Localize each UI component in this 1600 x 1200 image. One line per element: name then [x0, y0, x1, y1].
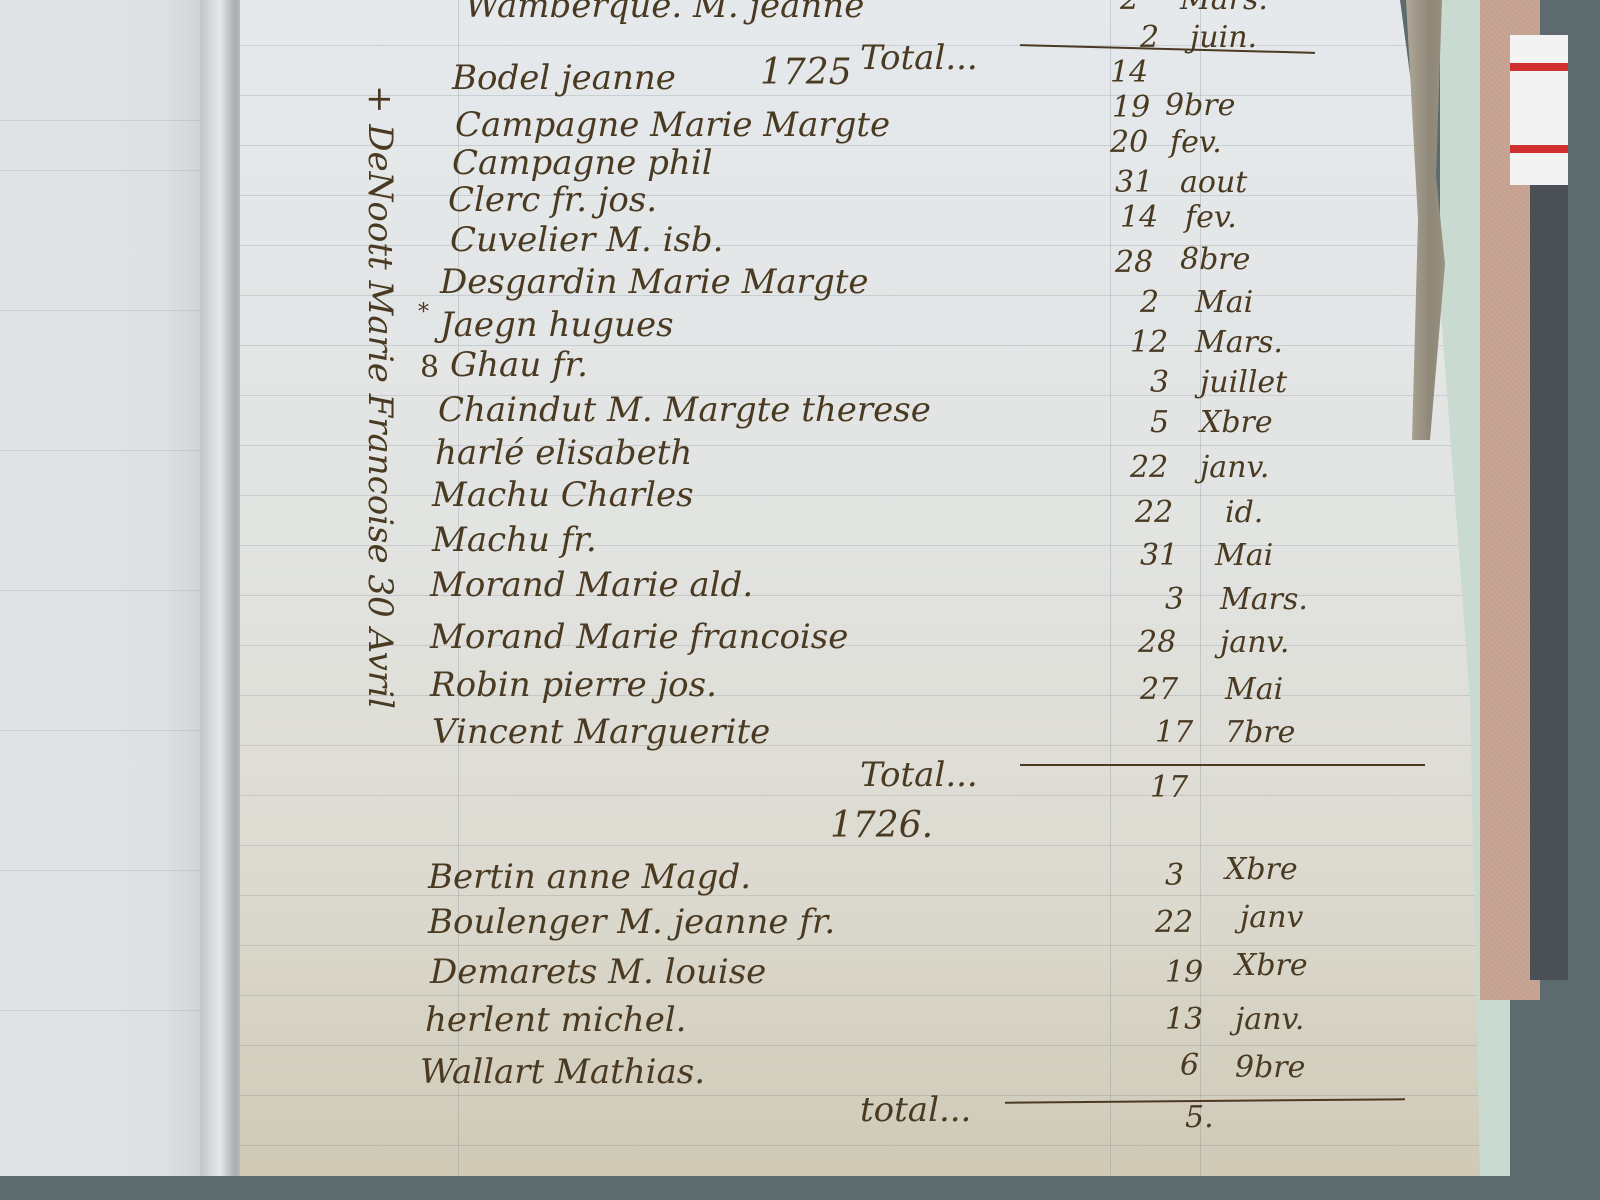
entry-month: Mai [1215, 538, 1273, 573]
total-label: Total... [860, 38, 978, 78]
ruled-line [0, 590, 232, 591]
ruled-line [0, 310, 232, 311]
entry-day: 20 [1110, 125, 1148, 160]
ruled-line [240, 345, 1480, 346]
entry-month: 9bre [1235, 1050, 1305, 1085]
entry-month: juillet [1200, 365, 1287, 400]
entry-name: Clerc fr. jos. [448, 180, 657, 220]
entry-name: Campagne Marie Margte [455, 105, 890, 145]
entry-day: 2 [1120, 0, 1139, 17]
entry-name: Bodel jeanne [452, 58, 676, 98]
year-heading: 1725 [760, 52, 852, 93]
margin-mark: 8 [420, 350, 439, 385]
tape-stripe [1510, 145, 1568, 153]
column-line [1110, 0, 1111, 1176]
ruled-line [240, 195, 1480, 196]
ruled-line [240, 145, 1480, 146]
entry-month: aout [1180, 165, 1247, 200]
entry-name: Morand Marie ald. [430, 565, 753, 605]
entry-day: 5 [1150, 405, 1169, 440]
ruled-line [240, 1045, 1480, 1046]
ruled-line [240, 795, 1480, 796]
ruled-line [240, 245, 1480, 246]
ruled-line [240, 695, 1480, 696]
entry-name: Boulenger M. jeanne fr. [428, 902, 835, 942]
ruled-line [240, 445, 1480, 446]
entry-month: Xbre [1200, 405, 1273, 440]
total-value: 14 [1110, 55, 1148, 90]
total-value: 5. [1185, 1100, 1214, 1135]
total-rule [1020, 764, 1425, 766]
entry-day: 28 [1115, 245, 1153, 280]
entry-month: Xbre [1225, 852, 1298, 887]
ruled-line [240, 95, 1480, 96]
entry-month: fev. [1170, 125, 1222, 160]
entry-day: 14 [1120, 200, 1158, 235]
ruled-line [240, 995, 1480, 996]
margin-note: + DeNoott Marie Francoise 30 Avril [360, 85, 400, 709]
entry-name: Cuvelier M. isb. [450, 220, 724, 260]
entry-name: herlent michel. [425, 1000, 687, 1040]
entry-month: Mars. [1220, 582, 1308, 617]
ruled-line [0, 730, 232, 731]
entry-name: Bertin anne Magd. [428, 857, 751, 897]
entry-month: Mars. [1180, 0, 1268, 17]
entry-month: id. [1225, 495, 1263, 530]
entry-day: 19 [1112, 90, 1150, 125]
entry-day: 2 [1140, 20, 1159, 55]
left-page [0, 0, 232, 1176]
entry-month: janv. [1220, 625, 1289, 660]
entry-month: fev. [1185, 200, 1237, 235]
entry-day: 19 [1165, 955, 1203, 990]
entry-month: Mai [1225, 672, 1283, 707]
entry-day: 31 [1140, 538, 1178, 573]
entry-name: Ghau fr. [450, 345, 588, 385]
entry-name: Robin pierre jos. [430, 665, 717, 705]
entry-day: 22 [1130, 450, 1168, 485]
entry-name: Machu fr. [432, 520, 597, 560]
ruled-line [240, 945, 1480, 946]
ruled-line [0, 870, 232, 871]
ruled-line [240, 1145, 1480, 1146]
striped-tape [1510, 35, 1568, 185]
total-value: 17 [1150, 770, 1188, 805]
ruled-line [0, 1010, 232, 1011]
entry-month: Mars. [1195, 325, 1283, 360]
entry-month: 8bre [1180, 242, 1250, 277]
entry-name: Morand Marie francoise [430, 617, 848, 657]
entry-day: 3 [1165, 858, 1184, 893]
margin-mark: * [418, 300, 429, 325]
total-label: Total... [860, 755, 978, 795]
entry-day: 28 [1138, 625, 1176, 660]
entry-day: 3 [1150, 365, 1169, 400]
entry-day: 31 [1115, 165, 1153, 200]
entry-name: harlé elisabeth [435, 433, 692, 473]
entry-name: Demarets M. louise [430, 952, 766, 992]
entry-name: Machu Charles [432, 475, 694, 515]
ruled-line [240, 645, 1480, 646]
entry-name: Chaindut M. Margte therese [438, 390, 931, 430]
year-heading: 1726. [830, 805, 933, 846]
entry-name: Vincent Marguerite [432, 712, 770, 752]
entry-name: Wamberque. M. jeanne [465, 0, 864, 26]
entry-day: 6 [1180, 1048, 1199, 1083]
entry-name: Jaegn hugues [440, 305, 674, 345]
entry-day: 27 [1140, 672, 1178, 707]
tape-stripe [1510, 63, 1568, 71]
entry-day: 22 [1155, 905, 1193, 940]
ruled-line [240, 545, 1480, 546]
total-label: total... [860, 1090, 971, 1130]
ruled-line [0, 120, 232, 121]
ruled-line [0, 450, 232, 451]
entry-day: 2 [1140, 285, 1159, 320]
background-object [1530, 180, 1568, 980]
entry-name: Desgardin Marie Margte [440, 262, 869, 302]
entry-day: 17 [1155, 715, 1193, 750]
entry-month: 9bre [1165, 88, 1235, 123]
entry-name: Campagne phil [452, 143, 713, 183]
entry-month: 7bre [1225, 715, 1295, 750]
entry-month: Xbre [1235, 948, 1308, 983]
ruled-line [240, 895, 1480, 896]
entry-month: janv. [1200, 450, 1269, 485]
entry-name: Wallart Mathias. [420, 1052, 705, 1092]
entry-month: Mai [1195, 285, 1253, 320]
entry-day: 12 [1130, 325, 1168, 360]
ruled-line [0, 170, 232, 171]
entry-month: janv. [1235, 1002, 1304, 1037]
entry-month: janv [1240, 900, 1303, 935]
entry-day: 13 [1165, 1002, 1203, 1037]
ruled-line [240, 495, 1480, 496]
entry-day: 22 [1135, 495, 1173, 530]
entry-day: 3 [1165, 582, 1184, 617]
